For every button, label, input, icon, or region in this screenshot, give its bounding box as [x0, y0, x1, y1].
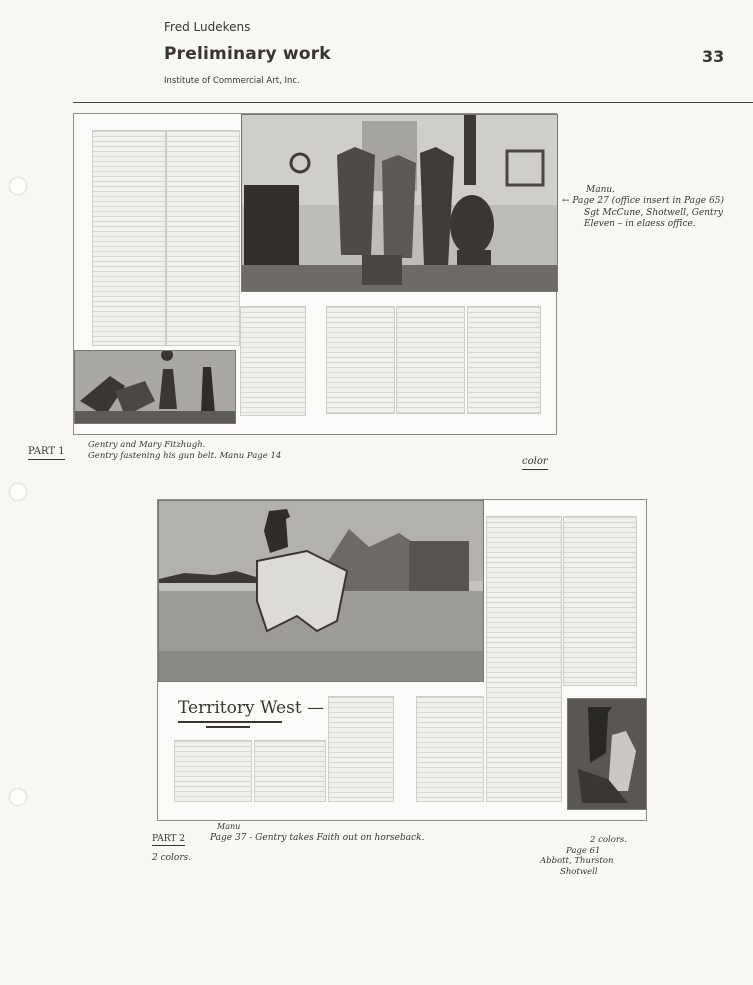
part1-main-illustration	[241, 114, 558, 292]
publisher-name: Institute of Commercial Art, Inc.	[164, 76, 300, 86]
part1-small-illustration	[74, 350, 236, 424]
text-column	[92, 130, 166, 346]
text-column	[240, 306, 306, 416]
part2-colors-note: 2 colors.	[152, 853, 191, 864]
part2-caption: Page 37 - Gentry takes Faith out on hors…	[210, 833, 424, 844]
part2-right-note: 2 colors. Page 61 Abbott, Thurston Shotw…	[540, 835, 627, 878]
header-rule	[73, 102, 753, 103]
part1-layout	[73, 113, 557, 435]
text-column	[486, 516, 562, 802]
part2-headline: Territory West —	[178, 698, 324, 728]
text-column	[563, 516, 637, 686]
punch-hole-icon	[9, 483, 27, 501]
note-line: Eleven – in elaess office.	[562, 219, 724, 230]
part2-small-illustration	[567, 698, 647, 810]
text-column	[396, 306, 465, 414]
part1-label: PART 1	[28, 446, 65, 460]
page-number: 33	[702, 47, 724, 66]
part2-main-illustration	[158, 500, 484, 682]
text-column	[166, 130, 240, 346]
part2-label: PART 2	[152, 834, 185, 846]
left-arrow-icon: ←	[562, 196, 572, 206]
part1-side-note: Manu. ← Page 27 (office insert in Page 6…	[562, 185, 724, 230]
text-column	[328, 696, 394, 802]
note-line: Manu.	[562, 185, 724, 196]
punch-hole-icon	[9, 788, 27, 806]
part1-caption: Gentry and Mary Fitzhugh. Gentry fasteni…	[88, 440, 281, 461]
author-name: Fred Ludekens	[164, 20, 250, 34]
part1-color-note: color	[522, 456, 548, 470]
note-line-with-arrow: ← Page 27 (office insert in Page 65)	[562, 196, 724, 207]
part2-layout: Territory West —	[157, 499, 647, 821]
page-title: Preliminary work	[164, 44, 331, 64]
text-column	[174, 740, 252, 802]
text-column	[467, 306, 541, 414]
note-line: Sgt McCune, Shotwell, Gentry	[562, 208, 724, 219]
text-column	[416, 696, 484, 802]
text-column	[254, 740, 326, 802]
punch-hole-icon	[9, 177, 27, 195]
part2-manu-note: Manu	[217, 822, 240, 832]
text-column	[326, 306, 395, 414]
